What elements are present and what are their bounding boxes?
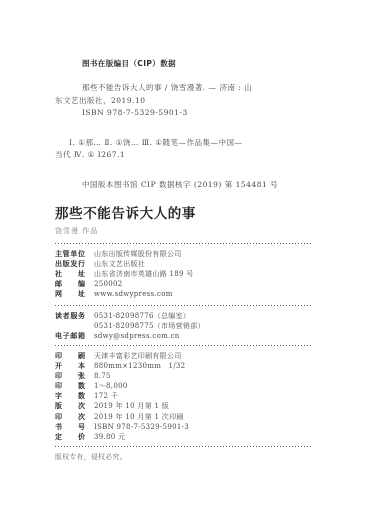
book-title: 那些不能告诉大人的事	[55, 202, 313, 222]
info-label: 出版发行	[55, 259, 85, 269]
info-label: 邮编	[55, 279, 85, 289]
info-value: 880mm×1230mm 1/32	[94, 361, 185, 371]
info-row: 印刷 天津丰富彩艺印刷有限公司	[55, 351, 313, 361]
info-row: 电子邮箱 sdwy@sdpress.com.cn	[55, 331, 313, 341]
info-label: 书号	[55, 422, 85, 432]
copyright-page: 图书在版编目（CIP）数据 那些不能告诉大人的事 / 饶雪漫著. — 济南 : …	[0, 0, 375, 531]
cip-isbn-line: ISBN 978-7-5329-5901-3	[82, 107, 313, 120]
info-value: 天津丰富彩艺印刷有限公司	[94, 351, 182, 361]
info-label: 网址	[55, 289, 85, 299]
info-label: 印次	[55, 412, 85, 422]
info-value: 2019 年 10 月第 1 版	[94, 401, 169, 411]
info-row: 网址 www.sdwypress.com	[55, 289, 313, 299]
info-row: 版次 2019 年 10 月第 1 版	[55, 401, 313, 411]
info-row: 社址 山东省济南市英雄山路 189 号	[55, 269, 313, 279]
cip-header: 图书在版编目（CIP）数据	[82, 58, 313, 69]
info-row: 出版发行 山东文艺出版社	[55, 259, 313, 269]
info-value: 2019 年 10 月第 1 次印刷	[94, 412, 184, 422]
info-label: 定价	[55, 432, 85, 442]
cip-block: 图书在版编目（CIP）数据 那些不能告诉大人的事 / 饶雪漫著. — 济南 : …	[55, 58, 313, 191]
info-row: 定价 39.80 元	[55, 432, 313, 442]
info-row: 开本 880mm×1230mm 1/32	[55, 361, 313, 371]
info-value: 1～8,000	[94, 381, 128, 391]
book-author: 饶雪漫 作品	[55, 226, 313, 236]
cip-classification: Ⅰ. ①那… Ⅱ. ①饶… Ⅲ. ①随笔—作品集—中国— 当代 Ⅳ. ① I26…	[55, 137, 313, 162]
info-label: 字数	[55, 391, 85, 401]
reader-service-info: 读者服务 0531-82098776（总编室） 0531-82098775（市场…	[55, 311, 313, 341]
info-label: 电子邮箱	[55, 331, 85, 341]
dotted-separator	[55, 446, 313, 447]
info-value: 172 千	[94, 391, 118, 401]
info-row: 读者服务 0531-82098776（总编室）	[55, 311, 313, 321]
info-row: 书号 ISBN 978-7-5329-5901-3	[55, 422, 313, 432]
info-value: ISBN 978-7-5329-5901-3	[94, 422, 189, 432]
info-label: 读者服务	[55, 311, 85, 321]
info-row: 印数 1～8,000	[55, 381, 313, 391]
cip-record: 那些不能告诉大人的事 / 饶雪漫著. — 济南 : 山 东文艺出版社，2019.…	[55, 82, 313, 120]
info-row: 0531-82098775（市场营销部）	[55, 321, 313, 331]
info-value: 山东省济南市英雄山路 189 号	[94, 269, 194, 279]
info-value: 0531-82098775（市场营销部）	[94, 321, 205, 331]
info-row: 主管单位 山东出版传媒股份有限公司	[55, 249, 313, 259]
dotted-separator	[55, 305, 313, 306]
publication-info: 主管单位 山东出版传媒股份有限公司 出版发行 山东文艺出版社 社址 山东省济南市…	[55, 249, 313, 299]
dotted-separator	[55, 345, 313, 346]
info-value: 8.75	[94, 371, 111, 381]
info-label: 主管单位	[55, 249, 85, 259]
info-row: 印张 8.75	[55, 371, 313, 381]
info-value: 山东出版传媒股份有限公司	[94, 249, 182, 259]
info-value: www.sdwypress.com	[94, 289, 173, 299]
copyright-notice: 版权专有，侵权必究。	[55, 451, 313, 461]
cip-registry-line: 中国版本图书馆 CIP 数据核字 (2019) 第 154481 号	[82, 179, 313, 192]
info-value: 山东文艺出版社	[94, 259, 145, 269]
info-label: 印数	[55, 381, 85, 391]
info-label: 社址	[55, 269, 85, 279]
info-label: 版次	[55, 401, 85, 411]
info-row: 邮编 250002	[55, 279, 313, 289]
printing-info: 印刷 天津丰富彩艺印刷有限公司 开本 880mm×1230mm 1/32 印张 …	[55, 351, 313, 442]
cip-class-line: Ⅰ. ①那… Ⅱ. ①饶… Ⅲ. ①随笔—作品集—中国—	[69, 137, 313, 150]
info-value: sdwy@sdpress.com.cn	[94, 331, 180, 341]
info-label: 印张	[55, 371, 85, 381]
info-value: 39.80 元	[94, 432, 125, 442]
dotted-separator	[55, 243, 313, 244]
info-label: 开本	[55, 361, 85, 371]
info-value: 0531-82098776（总编室）	[94, 311, 190, 321]
cip-class-line: 当代 Ⅳ. ① I267.1	[55, 149, 313, 162]
cip-record-line: 东文艺出版社，2019.10	[55, 95, 313, 108]
info-label: 印刷	[55, 351, 85, 361]
cip-registry: 中国版本图书馆 CIP 数据核字 (2019) 第 154481 号	[55, 179, 313, 192]
info-row: 字数 172 千	[55, 391, 313, 401]
info-row: 印次 2019 年 10 月第 1 次印刷	[55, 412, 313, 422]
title-block: 那些不能告诉大人的事 饶雪漫 作品	[55, 202, 313, 236]
cip-record-line: 那些不能告诉大人的事 / 饶雪漫著. — 济南 : 山	[82, 82, 313, 95]
info-value: 250002	[94, 279, 123, 289]
